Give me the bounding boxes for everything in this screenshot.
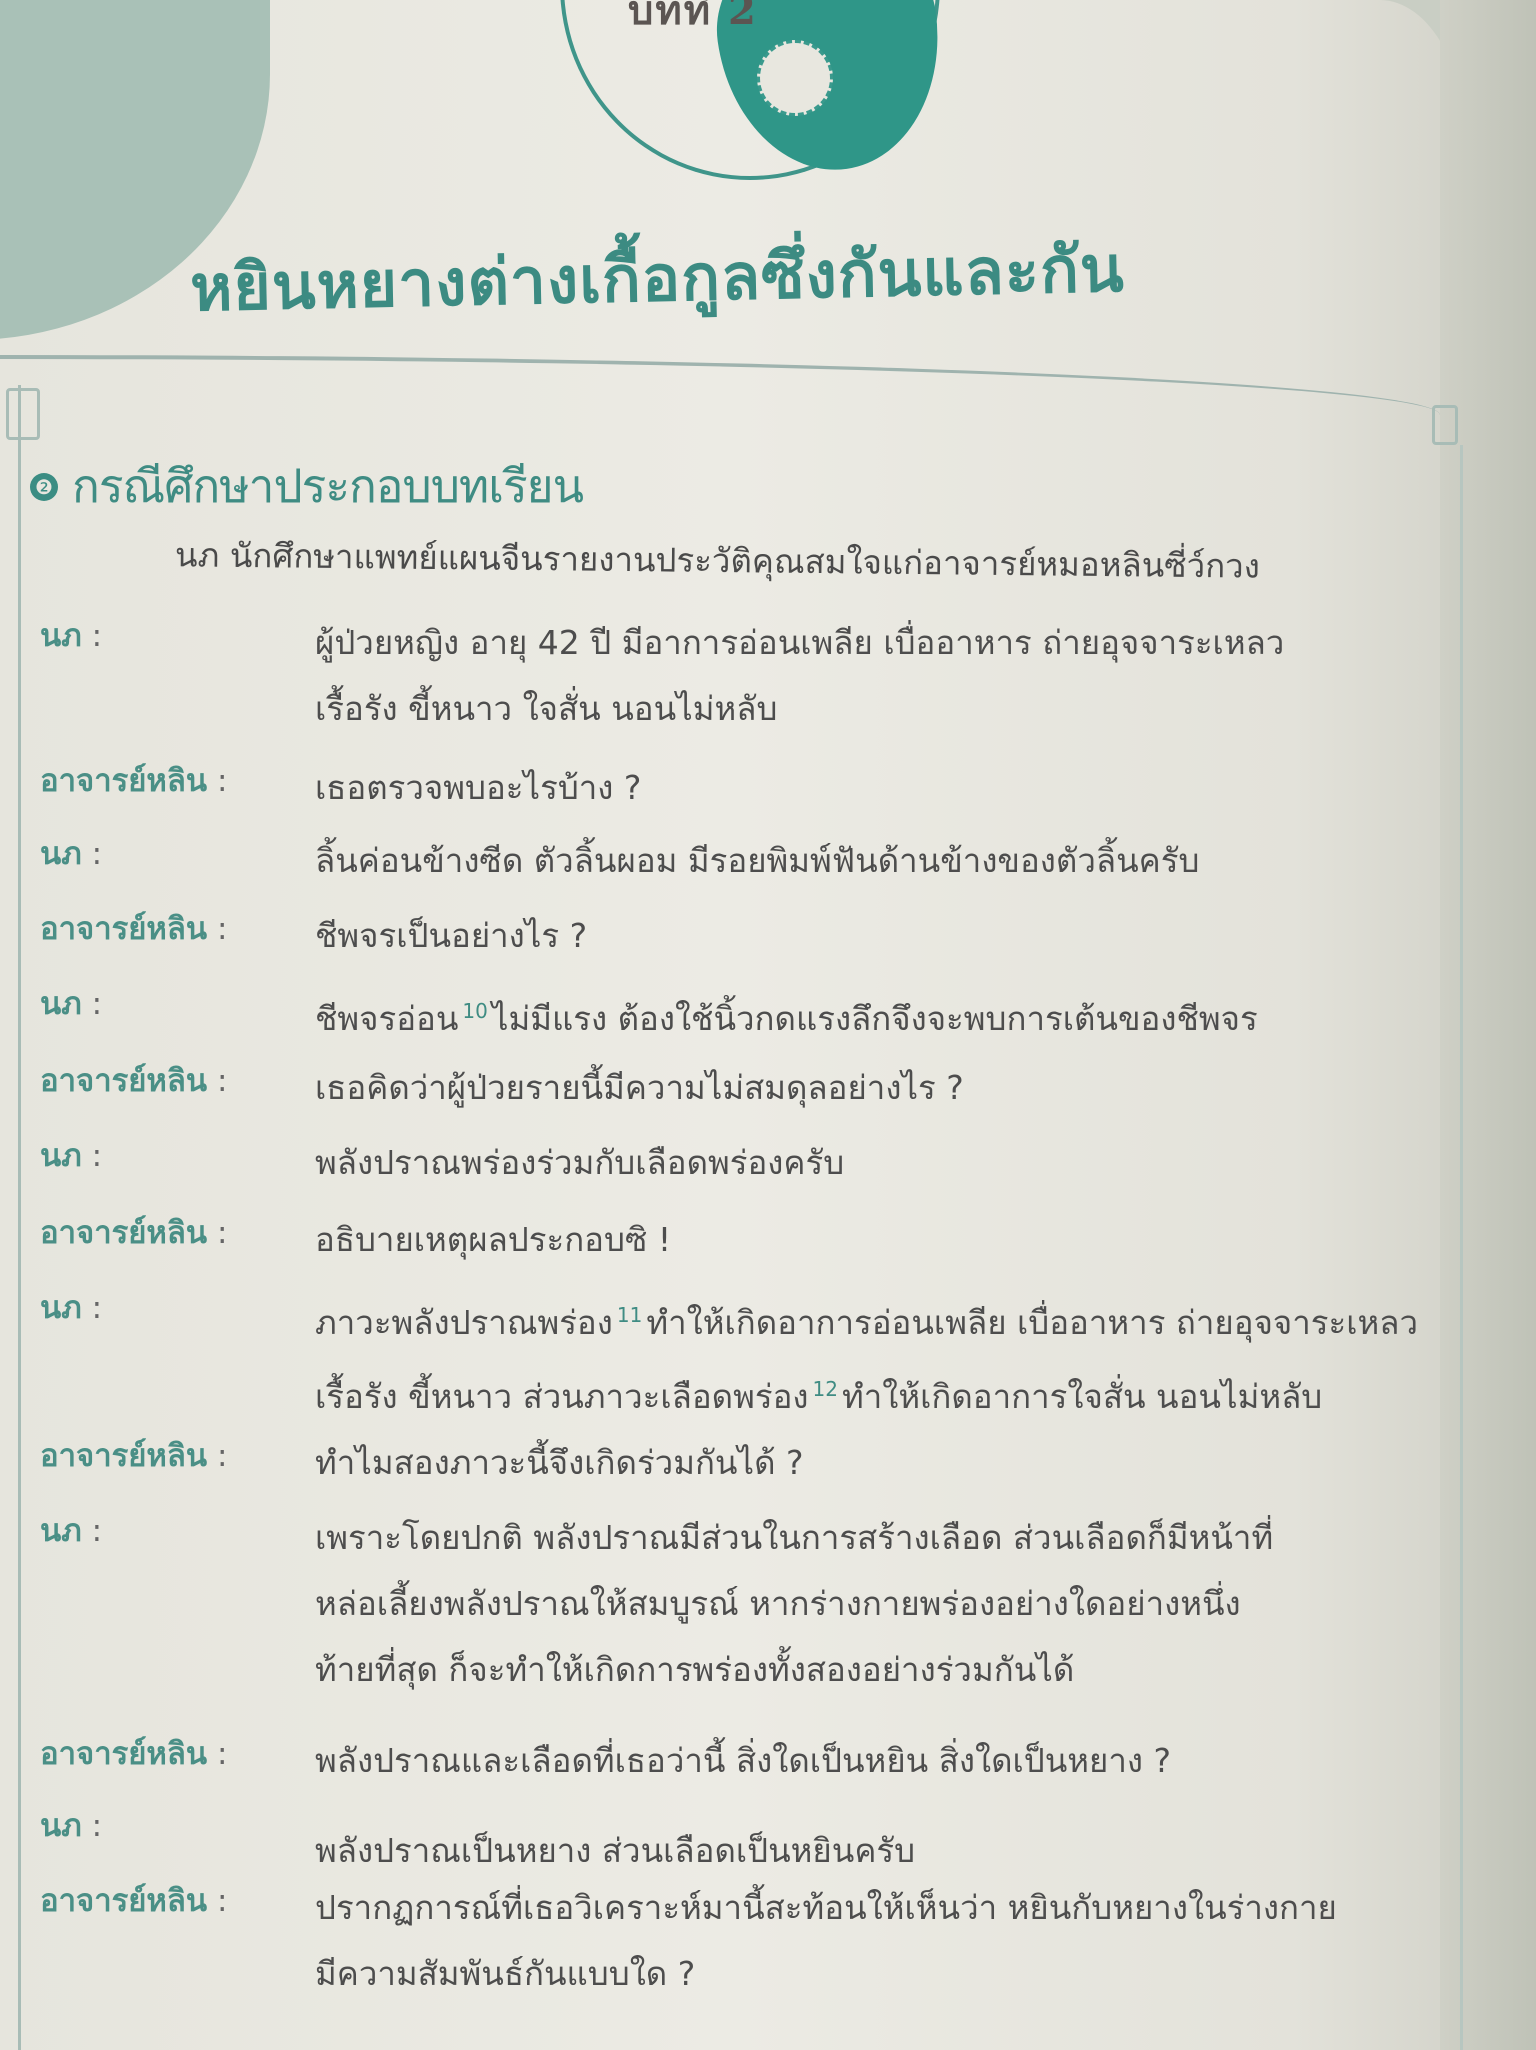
speaker-label: นภ: [40, 610, 102, 660]
speaker-label: อาจารย์หลิน: [40, 1728, 228, 1778]
circle-bullet-icon: ❷ [30, 473, 58, 501]
frame-border-right [1460, 445, 1463, 2050]
speech-text: ทำไมสองภาวะนี้จึงเกิดร่วมกันได้ ? [315, 1430, 1455, 1496]
speaker-label: อาจารย์หลิน: [40, 903, 228, 953]
speaker-label: นภ: [40, 1282, 102, 1332]
speech-text: ผู้ป่วยหญิง อายุ 42 ปี มีอาการอ่อนเพลีย … [315, 610, 1455, 742]
speaker-label: นภ: [40, 1505, 102, 1555]
chinese-knot-ornament-left [6, 388, 40, 440]
speech-text: ภาวะพลังปราณพร่อง11ทำให้เกิดอาการอ่อนเพล… [315, 1282, 1455, 1430]
speaker-label: นภ: [40, 1800, 102, 1850]
speaker-label: นภ: [40, 828, 102, 878]
speech-text: อธิบายเหตุผลประกอบซิ ! [315, 1207, 1455, 1273]
speaker-label: อาจารย์หลิน: [40, 1207, 228, 1257]
speech-text: ลิ้นค่อนข้างซีด ตัวลิ้นผอม มีรอยพิมพ์ฟัน… [315, 828, 1455, 894]
speech-text: ชีพจรเป็นอย่างไร ? [315, 903, 1455, 969]
speech-text: ชีพจรอ่อน10ไม่มีแรง ต้องใช้นิ้วกดแรงลึกจ… [315, 978, 1455, 1052]
footnote-marker[interactable]: 11 [617, 1303, 642, 1327]
section-heading: ❷ กรณีศึกษาประกอบบทเรียน [30, 450, 583, 523]
speaker-label: อาจารย์หลิน: [40, 755, 228, 805]
speech-text: เธอคิดว่าผู้ป่วยรายนี้มีความไม่สมดุลอย่า… [315, 1055, 1455, 1121]
speaker-label: นภ: [40, 978, 102, 1028]
speech-text: เธอตรวจพบอะไรบ้าง ? [315, 755, 1455, 821]
speech-text: ปรากฏการณ์ที่เธอวิเคราะห์มานี้สะท้อนให้เ… [315, 1875, 1455, 2007]
speaker-label: อาจารย์หลิน: [40, 1430, 228, 1480]
speech-text: พลังปราณและเลือดที่เธอว่านี้ สิ่งใดเป็นห… [315, 1728, 1455, 1794]
footnote-marker[interactable]: 12 [813, 1377, 838, 1401]
section-title: กรณีศึกษาประกอบบทเรียน [72, 450, 583, 523]
chinese-knot-ornament-right [1432, 405, 1458, 445]
speaker-label: อาจารย์หลิน: [40, 1055, 228, 1105]
speaker-label: นภ: [40, 1130, 102, 1180]
speech-text: เพราะโดยปกติ พลังปราณมีส่วนในการสร้างเลื… [315, 1505, 1455, 1703]
footnote-marker[interactable]: 10 [462, 999, 487, 1023]
speech-text: พลังปราณพร่องร่วมกับเลือดพร่องครับ [315, 1130, 1455, 1196]
chapter-label: บทที่ 2 [628, 0, 758, 42]
speaker-label: อาจารย์หลิน: [40, 1875, 228, 1925]
yin-yang-eye [757, 40, 833, 116]
frame-border-left [18, 385, 21, 2050]
